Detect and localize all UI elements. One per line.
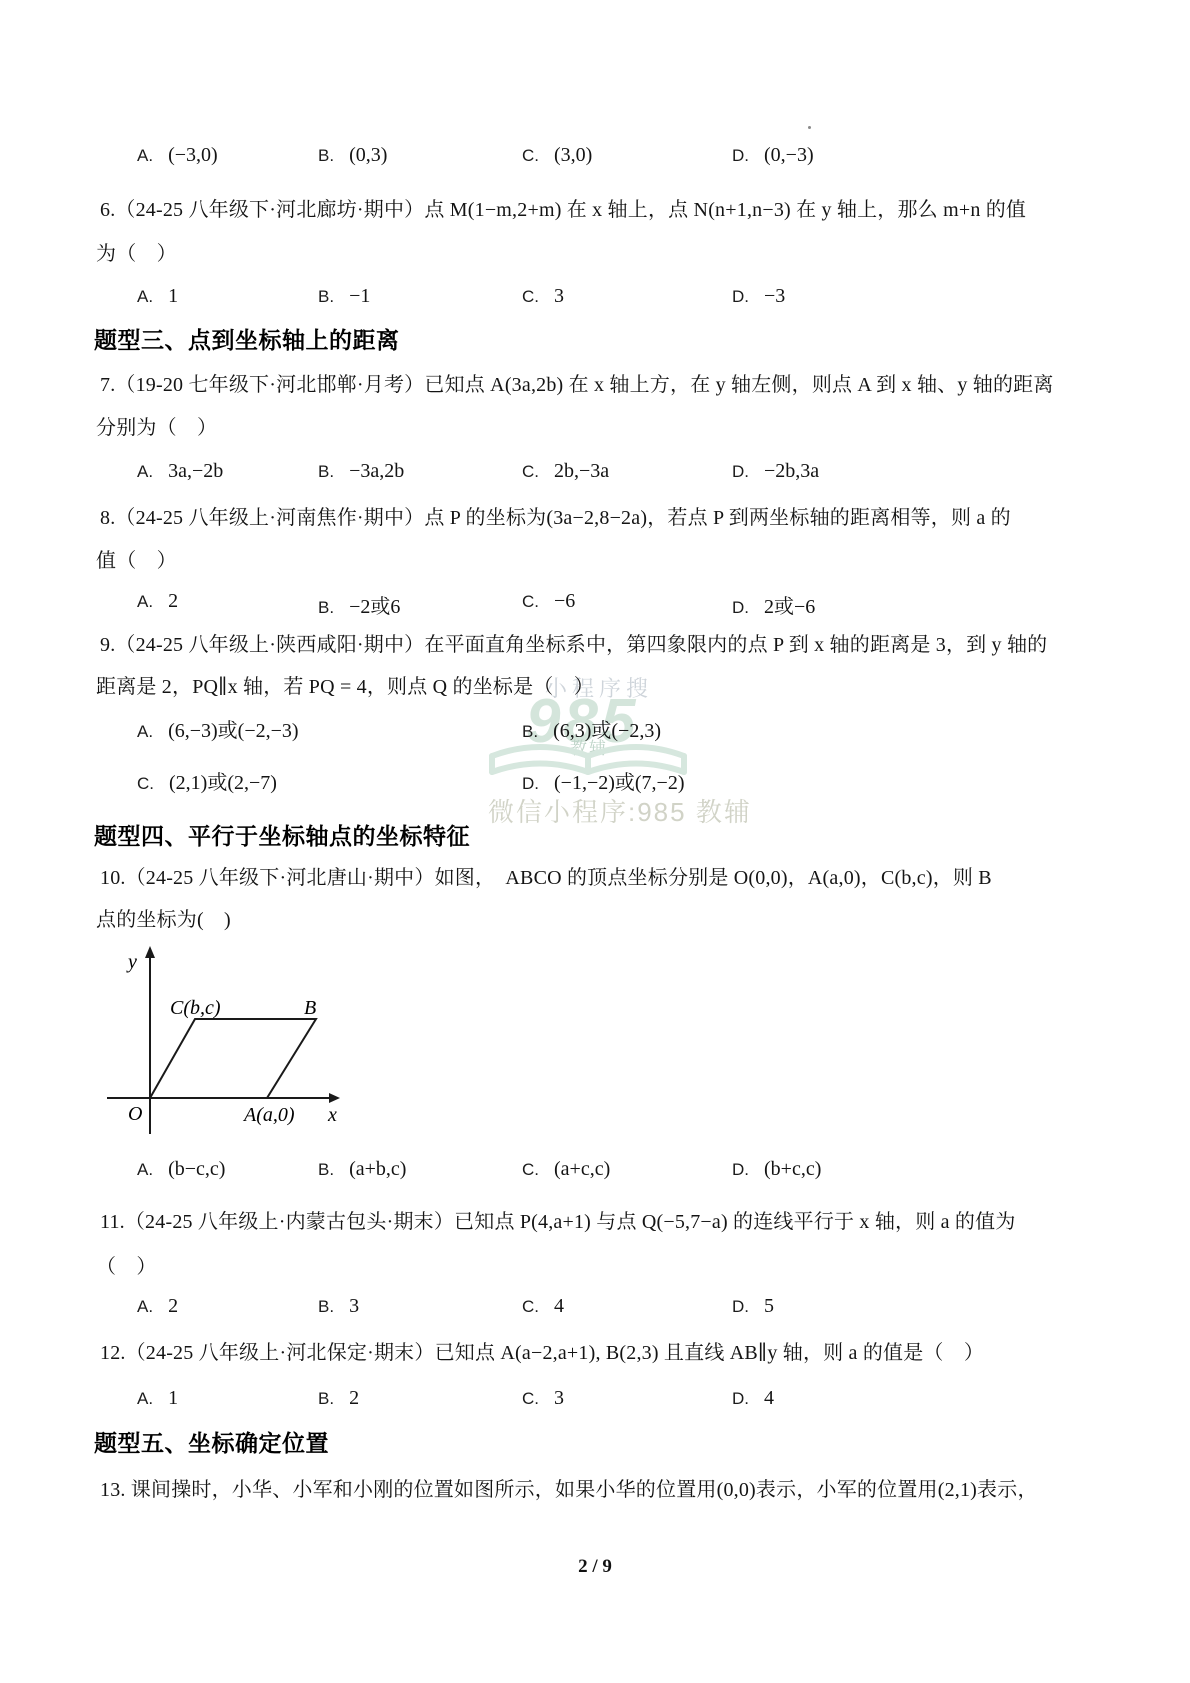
- q7-option-c: C.2b,−3a: [522, 460, 609, 483]
- q6-line1: 6.（24-25 八年级下·河北廊坊·期中）点 M(1−m,2+m) 在 x 轴…: [100, 196, 1026, 224]
- q6-line2: 为（ ）: [96, 240, 177, 268]
- figure-x-label: x: [327, 1104, 337, 1126]
- q5-option-d: D.(0,−3): [732, 144, 814, 167]
- q6-option-c: C.3: [522, 285, 564, 308]
- q9-option-d: D.(−1,−2)或(7,−2): [522, 766, 684, 795]
- q7-line1: 7.（19-20 七年级下·河北邯郸·月考）已知点 A(3a,2b) 在 x 轴…: [100, 371, 1054, 399]
- q12-option-b: B.2: [318, 1387, 359, 1410]
- q10-line1: 10.（24-25 八年级下·河北唐山·期中）如图， ABCO 的顶点坐标分别是…: [100, 864, 992, 892]
- page-number: 2 / 9: [0, 1556, 1190, 1578]
- q11-option-c: C.4: [522, 1295, 564, 1318]
- q6-option-a: A.1: [137, 285, 178, 308]
- figure-b-label: B: [304, 997, 316, 1019]
- q9-option-b: B.(6,3)或(−2,3): [522, 714, 661, 743]
- q7-option-d: D.−2b,3a: [732, 460, 819, 483]
- q6-option-b: B.−1: [318, 285, 370, 308]
- q8-line1: 8.（24-25 八年级上·河南焦作·期中）点 P 的坐标为(3a−2,8−2a…: [100, 504, 1011, 532]
- worksheet-page: 小程序搜 985 教辅 微信小程序:985 教辅 A.(−3,0): [0, 0, 1190, 1683]
- section-heading-three: 题型三、点到坐标轴上的距离: [94, 322, 400, 355]
- section-heading-five: 题型五、坐标确定位置: [94, 1425, 329, 1458]
- q12-option-d: D.4: [732, 1387, 774, 1410]
- figure-y-label: y: [126, 951, 137, 973]
- q6-option-d: D.−3: [732, 285, 785, 308]
- q8-option-c: C.−6: [522, 590, 575, 613]
- figure-c-label: C(b,c): [170, 997, 221, 1019]
- q11-line1: 11.（24-25 八年级上·内蒙古包头·期末）已知点 P(4,a+1) 与点 …: [100, 1208, 1016, 1236]
- q11-line2: （ ）: [96, 1253, 157, 1281]
- q5-option-b: B.(0,3): [318, 144, 387, 167]
- q10-option-c: C.(a+c,c): [522, 1158, 610, 1181]
- content-layer: A.(−3,0) B.(0,3) C.(3,0) D.(0,−3) 6.（24-…: [0, 0, 1190, 1683]
- q7-option-a: A.3a,−2b: [137, 460, 223, 483]
- section-heading-four: 题型四、平行于坐标轴点的坐标特征: [94, 818, 470, 851]
- q9-line1: 9.（24-25 八年级上·陕西咸阳·期中）在平面直角坐标系中，第四象限内的点 …: [100, 631, 1047, 659]
- q5-option-c: C.(3,0): [522, 144, 592, 167]
- q7-line2: 分别为（ ）: [96, 414, 217, 442]
- q11-option-a: A.2: [137, 1295, 178, 1318]
- q11-option-d: D.5: [732, 1295, 774, 1318]
- q8-option-d: D.2或−6: [732, 590, 815, 619]
- q10-figure: y x O A(a,0) B C(b,c): [88, 938, 358, 1150]
- q10-option-d: D.(b+c,c): [732, 1158, 821, 1181]
- q8-line2: 值（ ）: [96, 547, 177, 575]
- q10-option-a: A.(b−c,c): [137, 1158, 225, 1181]
- figure-origin-label: O: [128, 1103, 142, 1125]
- parallelogram-diagram: y x O A(a,0) B C(b,c): [88, 938, 358, 1150]
- figure-a-label: A(a,0): [242, 1104, 295, 1126]
- parallelogram-shape: [150, 1019, 316, 1098]
- q7-option-b: B.−3a,2b: [318, 460, 404, 483]
- x-axis-arrow: [329, 1093, 340, 1103]
- q9-option-a: A.(6,−3)或(−2,−3): [137, 714, 299, 743]
- q8-option-b: B.−2或6: [318, 590, 400, 619]
- stray-mark: [808, 126, 811, 129]
- q5-option-a: A.(−3,0): [137, 144, 218, 167]
- q12-option-c: C.3: [522, 1387, 564, 1410]
- q9-option-c: C.(2,1)或(2,−7): [137, 766, 277, 795]
- q9-line2: 距离是 2，PQ∥x 轴，若 PQ = 4，则点 Q 的坐标是（ ）: [96, 673, 594, 701]
- q11-option-b: B.3: [318, 1295, 359, 1318]
- q8-option-a: A.2: [137, 590, 178, 613]
- q10-option-b: B.(a+b,c): [318, 1158, 406, 1181]
- q13-line1: 13. 课间操时，小华、小军和小刚的位置如图所示，如果小华的位置用(0,0)表示…: [100, 1476, 1038, 1504]
- q10-line2: 点的坐标为( ): [96, 906, 231, 934]
- q12-line1: 12.（24-25 八年级上·河北保定·期末）已知点 A(a−2,a+1), B…: [100, 1339, 984, 1367]
- q12-option-a: A.1: [137, 1387, 178, 1410]
- y-axis-arrow: [145, 946, 155, 958]
